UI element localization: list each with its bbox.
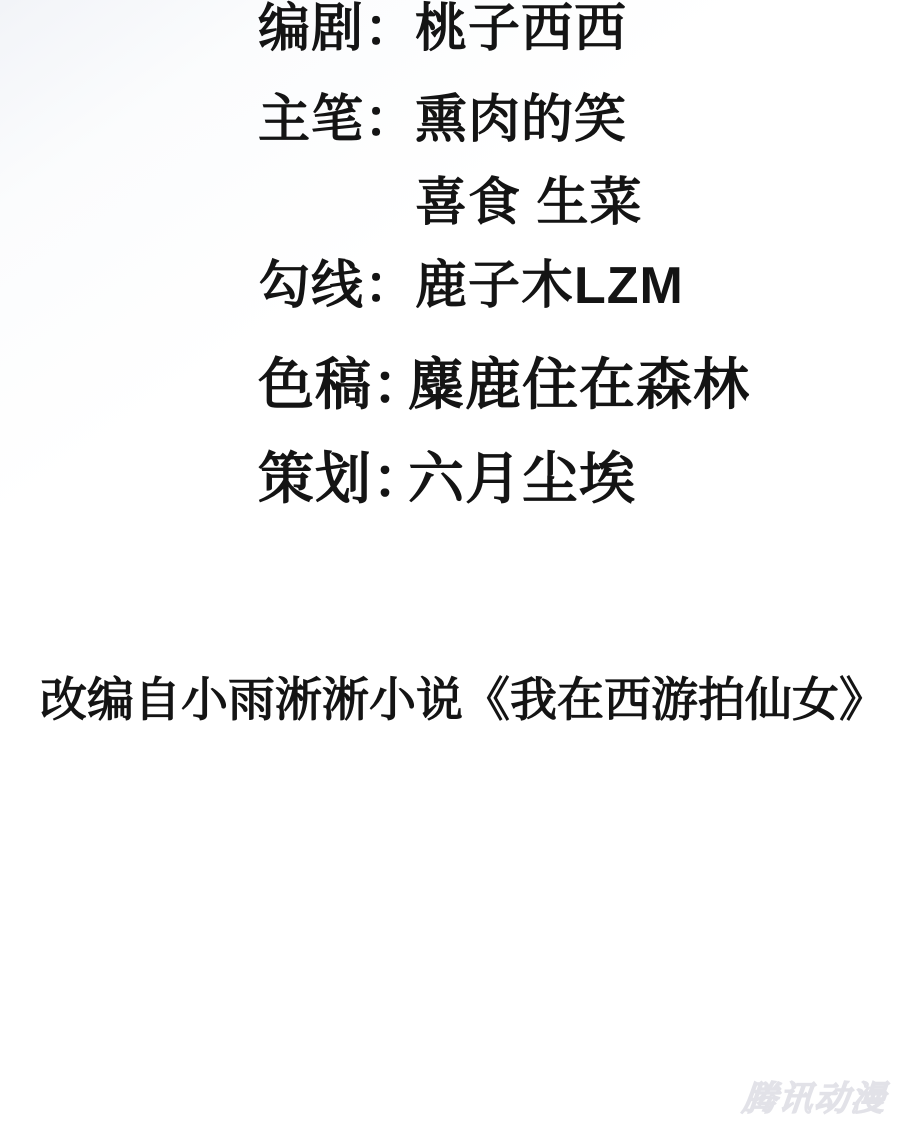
credit-label-lead-artist: 主笔： [258, 93, 415, 148]
comic-credits-page: 编剧： 桃子西西 主笔： 熏肉的笑 喜食 生菜 勾线： 鹿子木LZM 色稿： 麋… [0, 0, 900, 1131]
credits-block: 编剧： 桃子西西 主笔： 熏肉的笑 喜食 生菜 勾线： 鹿子木LZM 色稿： 麋… [0, 0, 900, 1131]
credit-row-screenwriter: 编剧： 桃子西西 [258, 2, 627, 57]
credit-value-line-art: 鹿子木LZM [415, 259, 684, 314]
credit-row-lead-artist: 主笔： 熏肉的笑 [258, 93, 627, 148]
credit-row-line-art: 勾线： 鹿子木LZM [258, 259, 684, 314]
credit-row-planning: 策划： 六月尘埃 [258, 450, 636, 509]
credit-label-screenwriter: 编剧： [258, 2, 415, 57]
credit-label-line-art: 勾线： [258, 259, 415, 314]
credit-row-coloring: 色稿： 麋鹿住在森林 [258, 356, 750, 415]
credit-row-lead-artist-2: 喜食 生菜 [258, 176, 642, 231]
credit-value-planning: 六月尘埃 [408, 450, 636, 509]
adaptation-note: 改编自小雨淅淅小说《我在西游拍仙女》 [40, 663, 886, 730]
credit-value-lead-artist: 熏肉的笑 [415, 93, 627, 148]
credit-value-coloring: 麋鹿住在森林 [408, 356, 750, 415]
credit-label-coloring: 色稿： [258, 356, 408, 415]
credit-value-lead-artist-2: 喜食 生菜 [415, 176, 642, 231]
tencent-comics-watermark: 腾讯动漫 [740, 1071, 889, 1120]
credit-label-planning: 策划： [258, 450, 408, 509]
credit-value-screenwriter: 桃子西西 [415, 2, 627, 57]
